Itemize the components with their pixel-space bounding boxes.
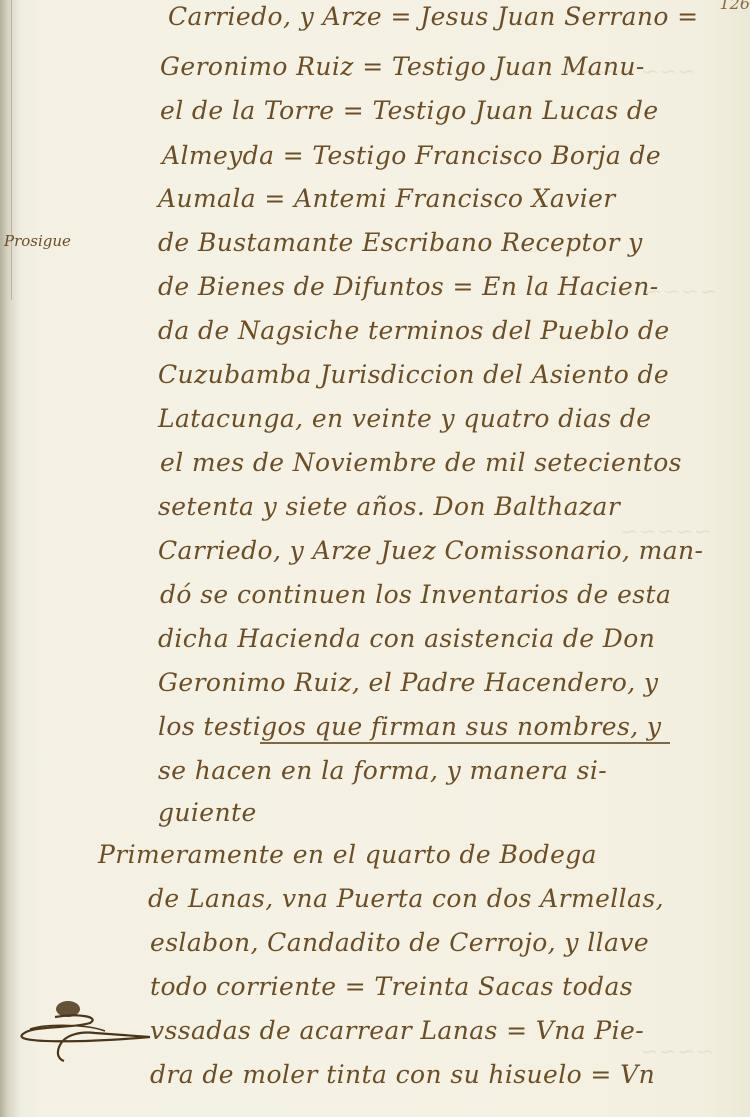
text-line: el de la Torre = Testigo Juan Lucas de xyxy=(160,98,659,123)
text-line: Almeyda = Testigo Francisco Borja de xyxy=(162,143,661,168)
text-line: Latacunga, en veinte y quatro dias de xyxy=(158,406,651,431)
text-line: guiente xyxy=(158,800,257,825)
text-line: Aumala = Antemi Francisco Xavier xyxy=(158,186,616,211)
text-line: setenta y siete años. Don Balthazar xyxy=(158,494,620,519)
text-line: dó se continuen los Inventarios de esta xyxy=(160,582,671,607)
text-line: Carriedo, y Arze = Jesus Juan Serrano = xyxy=(168,4,699,29)
text-line: vssadas de acarrear Lanas = Vna Pie- xyxy=(150,1018,644,1043)
text-line: Carriedo, y Arze Juez Comissonario, man- xyxy=(158,538,703,563)
manuscript-text: Carriedo, y Arze = Jesus Juan Serrano = … xyxy=(0,0,750,1117)
text-line: dra de moler tinta con su hisuelo = Vn xyxy=(150,1062,655,1087)
text-line: dicha Hacienda con asistencia de Don xyxy=(158,626,655,651)
text-line: el mes de Noviembre de mil setecientos xyxy=(160,450,682,475)
text-line: de Lanas, vna Puerta con dos Armellas, xyxy=(148,886,664,911)
text-line: los testigos que firman sus nombres, y xyxy=(158,714,661,739)
text-line: de Bienes de Difuntos = En la Hacien- xyxy=(158,274,659,299)
rubric-flourish-icon xyxy=(10,995,160,1065)
text-line: Primeramente en el quarto de Bodega xyxy=(98,842,597,867)
text-line: da de Nagsiche terminos del Pueblo de xyxy=(158,318,670,343)
manuscript-page: ~~~ ~~~~ ~~~~ ~~ ~~~~~ ~~~~ 126 Prosigue… xyxy=(0,0,750,1117)
text-line: de Bustamante Escribano Receptor y xyxy=(158,230,643,255)
text-line: eslabon, Candadito de Cerrojo, y llave xyxy=(150,930,649,955)
text-line: Geronimo Ruiz, el Padre Hacendero, y xyxy=(158,670,658,695)
text-line: se hacen en la forma, y manera si- xyxy=(158,758,607,783)
text-line: todo corriente = Treinta Sacas todas xyxy=(150,974,633,999)
text-line: Cuzubamba Jurisdiccion del Asiento de xyxy=(158,362,669,387)
text-line: Geronimo Ruiz = Testigo Juan Manu- xyxy=(160,54,645,79)
end-of-paragraph-rule xyxy=(260,742,670,744)
